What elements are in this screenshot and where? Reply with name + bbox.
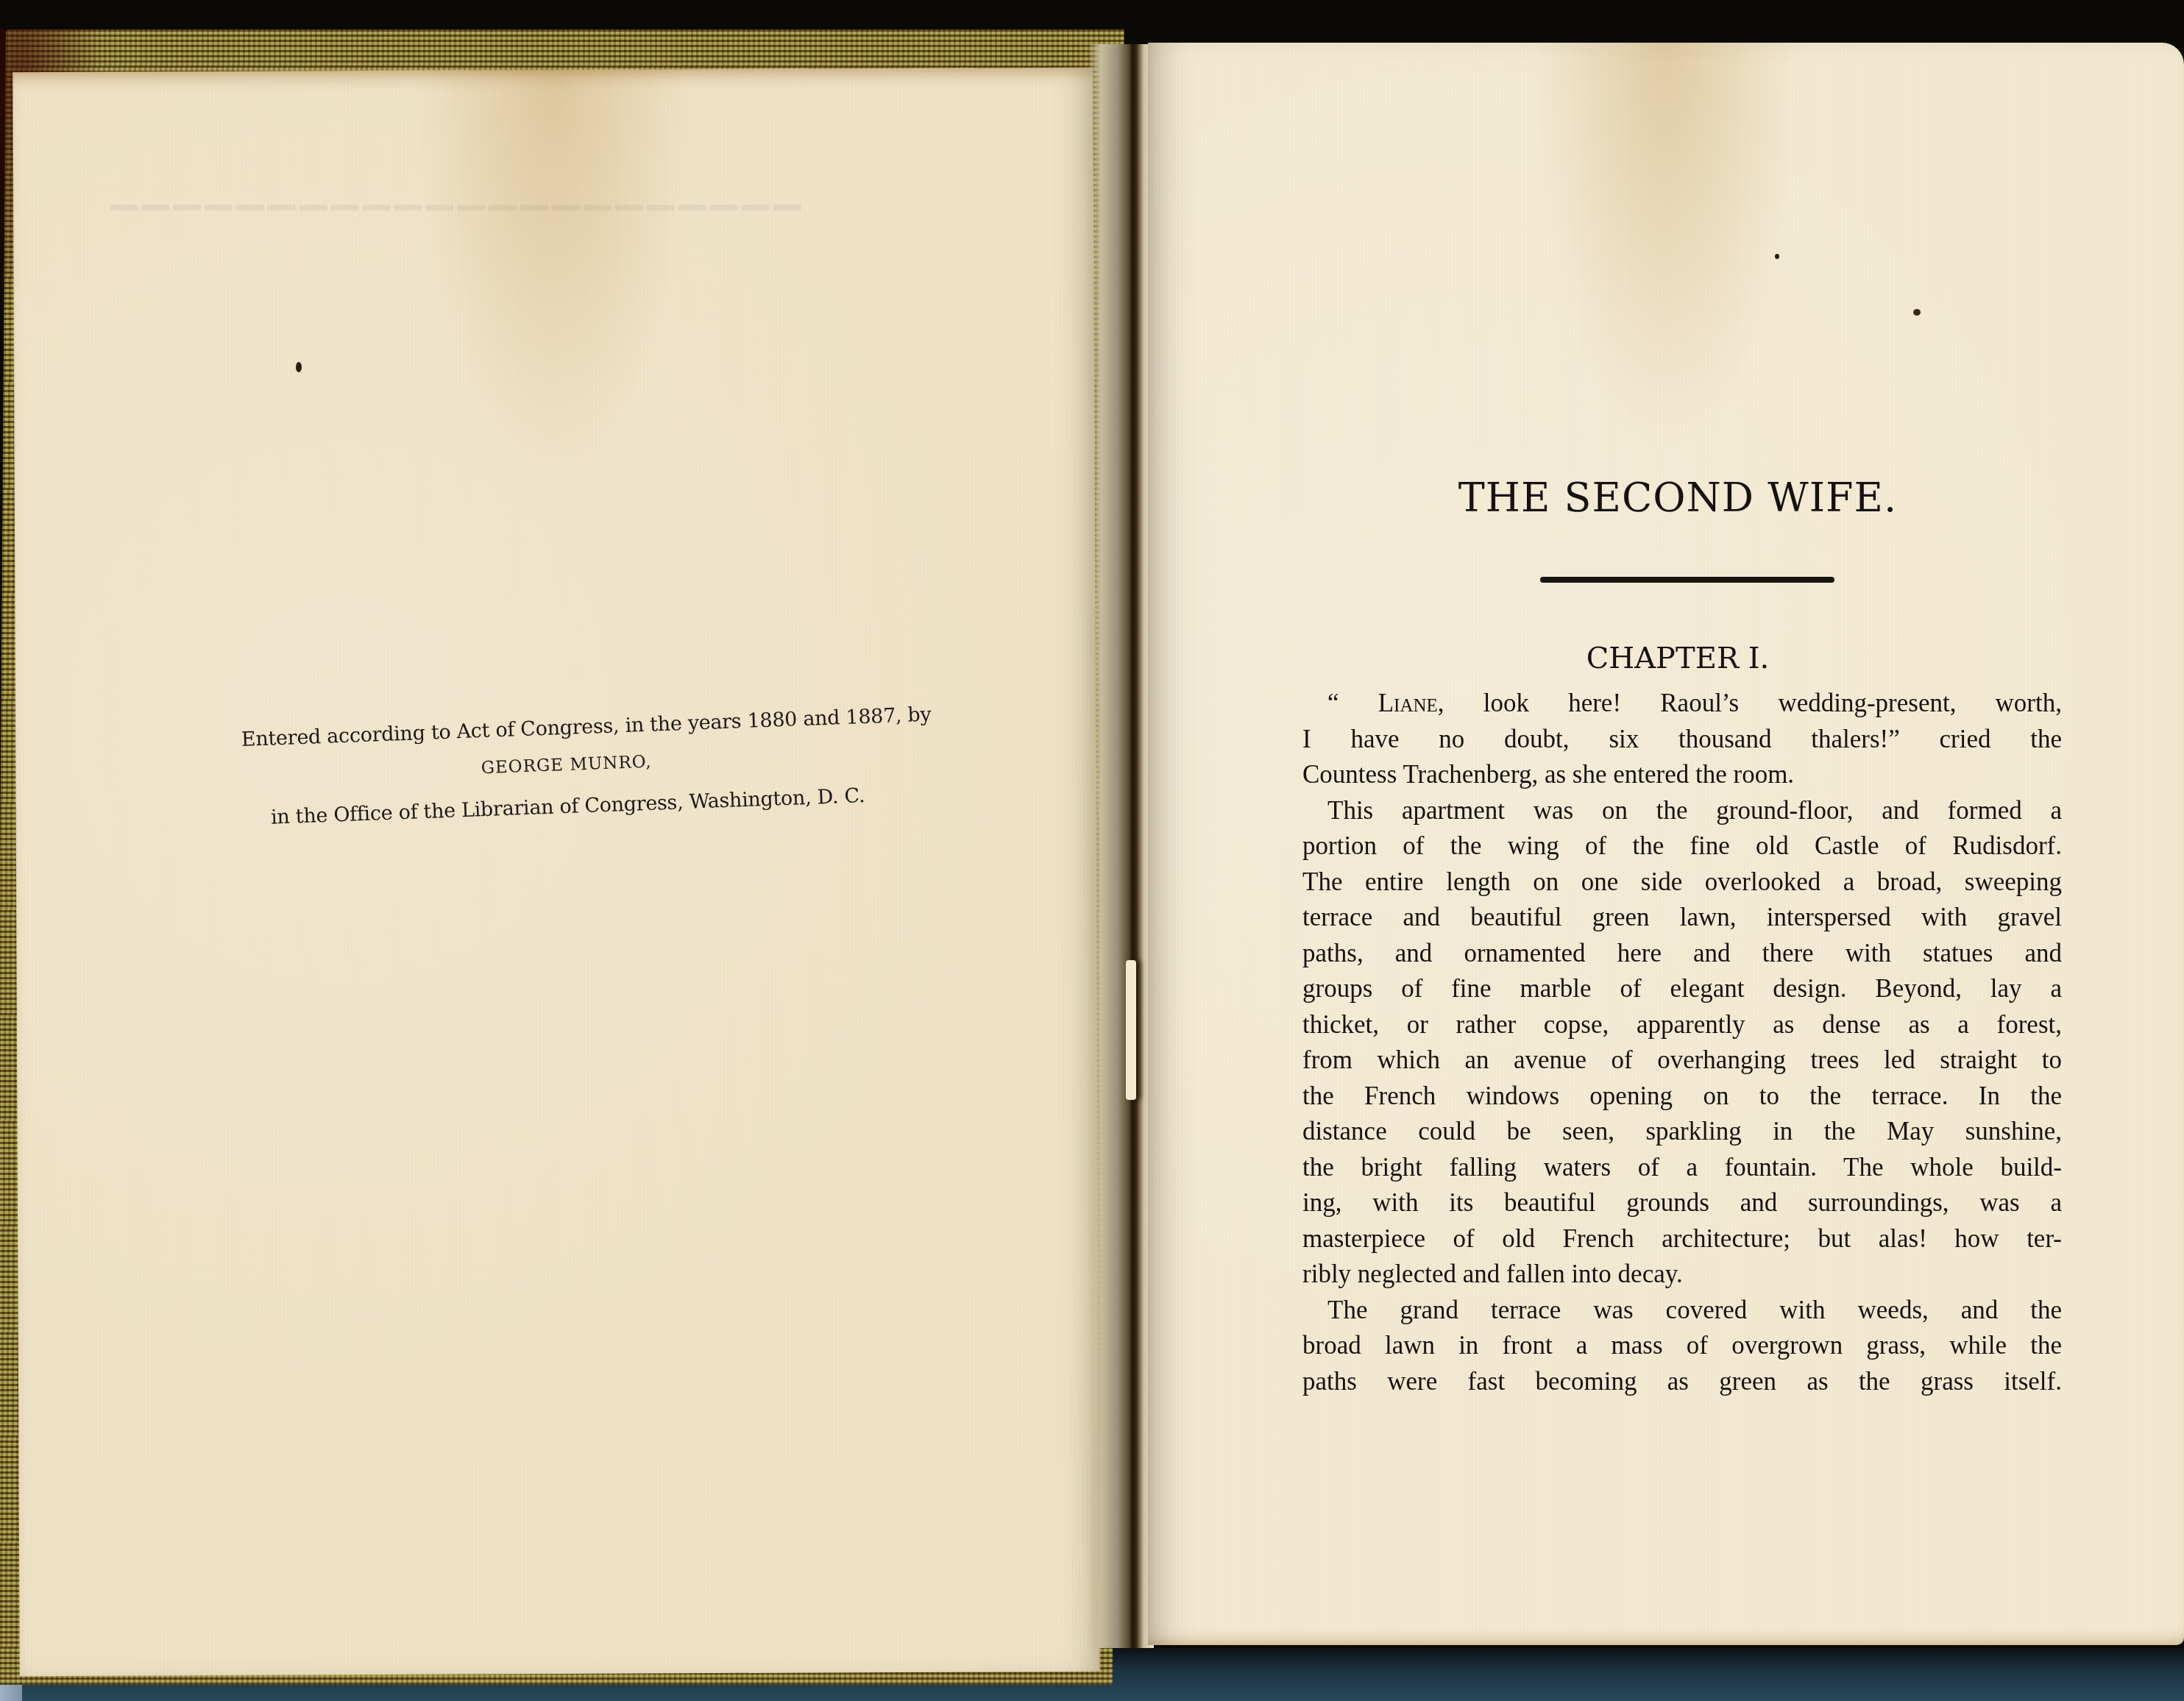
text-line: the bright falling waters of a fountain.… <box>1302 1150 2062 1186</box>
text-line: portion of the wing of the fine old Cast… <box>1302 828 2062 864</box>
text-line: The grand terrace was covered with weeds… <box>1302 1293 2062 1329</box>
text-line: paths were fast becoming as green as the… <box>1302 1364 2062 1400</box>
show-through-texture: ▁▁▁▁▁▁▁▁▁▁▁▁▁▁▁▁▁▁▁▁▁▁ <box>110 169 805 210</box>
paper-speck <box>296 362 302 372</box>
text-line: paths, and ornamented here and there wit… <box>1302 936 2062 972</box>
text-line: ing, with its beautiful grounds and surr… <box>1302 1185 2062 1221</box>
text-line: masterpiece of old French architecture; … <box>1302 1221 2062 1257</box>
text-line: Countess Trachenberg, as she entered the… <box>1302 757 2062 793</box>
text-line: thicket, or rather copse, apparently as … <box>1302 1007 2062 1043</box>
book-title: THE SECOND WIFE. <box>1310 475 2046 521</box>
paper-speck <box>1913 309 1921 316</box>
torn-page-edge <box>1126 960 1136 1100</box>
text-line: This apartment was on the ground-floor, … <box>1302 793 2062 829</box>
chapter-heading: CHAPTER I. <box>1310 642 2046 675</box>
chapter-body: “ Liane, look here! Raoul’s wedding-pres… <box>1302 686 2062 1399</box>
paper-speck <box>1775 254 1779 259</box>
text-line: distance could be seen, sparkling in the… <box>1302 1114 2062 1150</box>
left-page <box>13 68 1099 1676</box>
book-gutter <box>1088 44 1154 1648</box>
text-line: “ Liane, look here! Raoul’s wedding-pres… <box>1302 686 2062 722</box>
text-line: from which an avenue of overhanging tree… <box>1302 1043 2062 1079</box>
text-line: I have no doubt, six thousand thalers!” … <box>1302 722 2062 758</box>
text-line: The entire length on one side overlooked… <box>1302 864 2062 901</box>
text-line: groups of fine marble of elegant design.… <box>1302 971 2062 1007</box>
open-quote: “ <box>1327 689 1378 717</box>
copyright-publisher: GEORGE MUNRO, <box>242 744 890 786</box>
title-rule <box>1540 577 1834 583</box>
text-fragment: , look here! Raoul’s wedding-present, wo… <box>1438 689 2062 717</box>
text-line: ribly neglected and fallen into decay. <box>1302 1257 2062 1293</box>
name-liane: Liane <box>1378 689 1438 717</box>
text-line: the French windows opening on to the ter… <box>1302 1079 2062 1115</box>
text-line: terrace and beautiful green lawn, inters… <box>1302 900 2062 936</box>
text-line: broad lawn in front a mass of overgrown … <box>1302 1328 2062 1364</box>
